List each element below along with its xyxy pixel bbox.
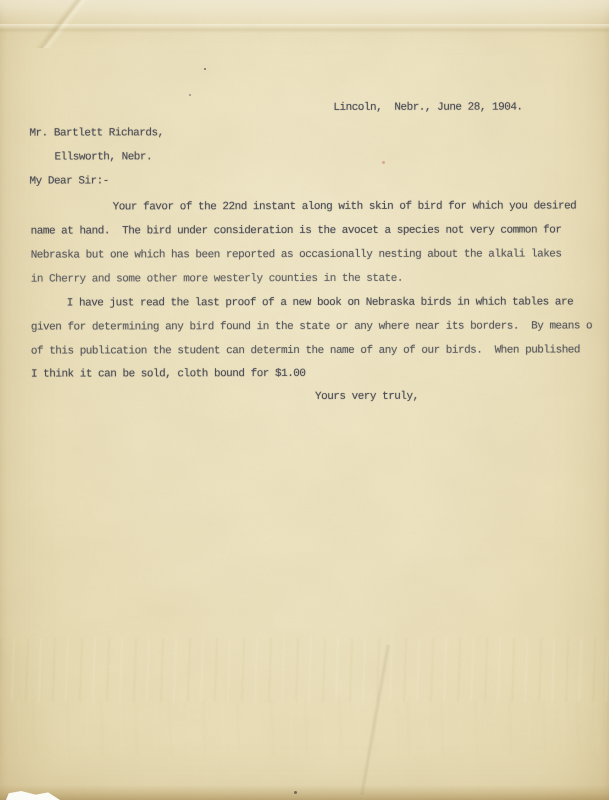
recipient-name: Mr. Bartlett Richards, — [29, 127, 163, 140]
letter-page: Lincoln, Nebr., June 28, 1904. Mr. Bartl… — [0, 0, 609, 800]
body-line: Your favor of the 22nd instant along wit… — [113, 200, 577, 214]
salutation: My Dear Sir:- — [30, 175, 109, 188]
recipient-place: Ellsworth, Nebr. — [54, 151, 152, 164]
closing-line: Yours very truly, — [315, 391, 419, 404]
body-line: in Cherry and some other more westerly c… — [31, 273, 403, 287]
body-line: Nebraska but one which has been reported… — [31, 248, 562, 262]
body-line: I have just read the last proof of a new… — [67, 296, 573, 310]
body-line: of this publication the student can dete… — [31, 344, 580, 358]
letter-text: Lincoln, Nebr., June 28, 1904. Mr. Bartl… — [0, 0, 609, 800]
body-line: name at hand. The bird under considerati… — [31, 224, 562, 238]
date-line: Lincoln, Nebr., June 28, 1904. — [333, 102, 522, 115]
body-line: I think it can be sold, cloth bound for … — [31, 368, 306, 382]
body-line: given for determining any bird found in … — [31, 320, 592, 334]
